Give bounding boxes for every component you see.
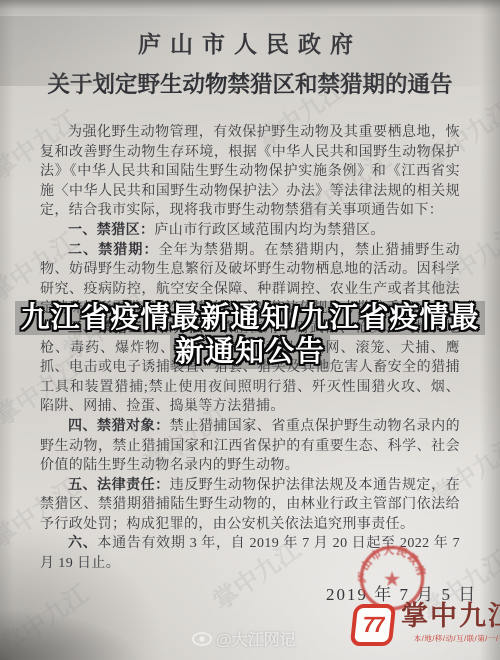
doc-paragraph: 一、禁猎区：庐山市行政区域范围内均为禁猎区。	[40, 221, 460, 241]
social-watermark: @大江网记	[192, 627, 296, 650]
social-watermark-text: @大江网记	[216, 627, 296, 650]
media-logo-icon: 77	[350, 604, 396, 646]
media-logo: 77 掌中九江 本/地/移/动/互/联/第/一/平/台	[352, 601, 500, 646]
doc-paragraph: 四、禁猎对象：禁止猎捕国家、省重点保护野生动物名录内的野生动物，禁止猎捕国家和江…	[40, 417, 460, 476]
notice-title: 关于划定野生动物禁猎区和禁猎期的通告	[40, 67, 460, 99]
caption-text-1: 九江省疫情最新通知/九江省疫情最	[15, 301, 484, 335]
issuer-title: 庐山市人民政府	[40, 26, 460, 59]
caption-banner: 九江省疫情最新通知/九江省疫情最 新通知公告	[0, 301, 500, 369]
caption-line-2: 新通知公告	[0, 335, 500, 369]
media-logo-tagline: 本/地/移/动/互/联/第/一/平/台	[401, 633, 500, 644]
weibo-eye-icon	[192, 632, 212, 646]
doc-paragraph: 五、法律责任：违反野生动物保护法律法规及本通告规定，在禁猎区、禁猎期猎捕陆生野生…	[40, 476, 460, 535]
doc-paragraph: 为强化野生动物管理，有效保护野生动物及其重要栖息地，恢复和改善野生动物生存环境，…	[40, 123, 460, 221]
caption-text-2: 新通知公告	[170, 335, 330, 369]
caption-line-1: 九江省疫情最新通知/九江省疫情最	[0, 301, 500, 335]
media-logo-name: 掌中九江	[401, 601, 500, 631]
document-photo: 掌中九江掌中九江掌中九江掌中九江掌中九江掌中九江掌中九江掌中九江掌中九江掌中九江…	[0, 0, 500, 660]
seal-emblem: ★	[383, 569, 401, 591]
